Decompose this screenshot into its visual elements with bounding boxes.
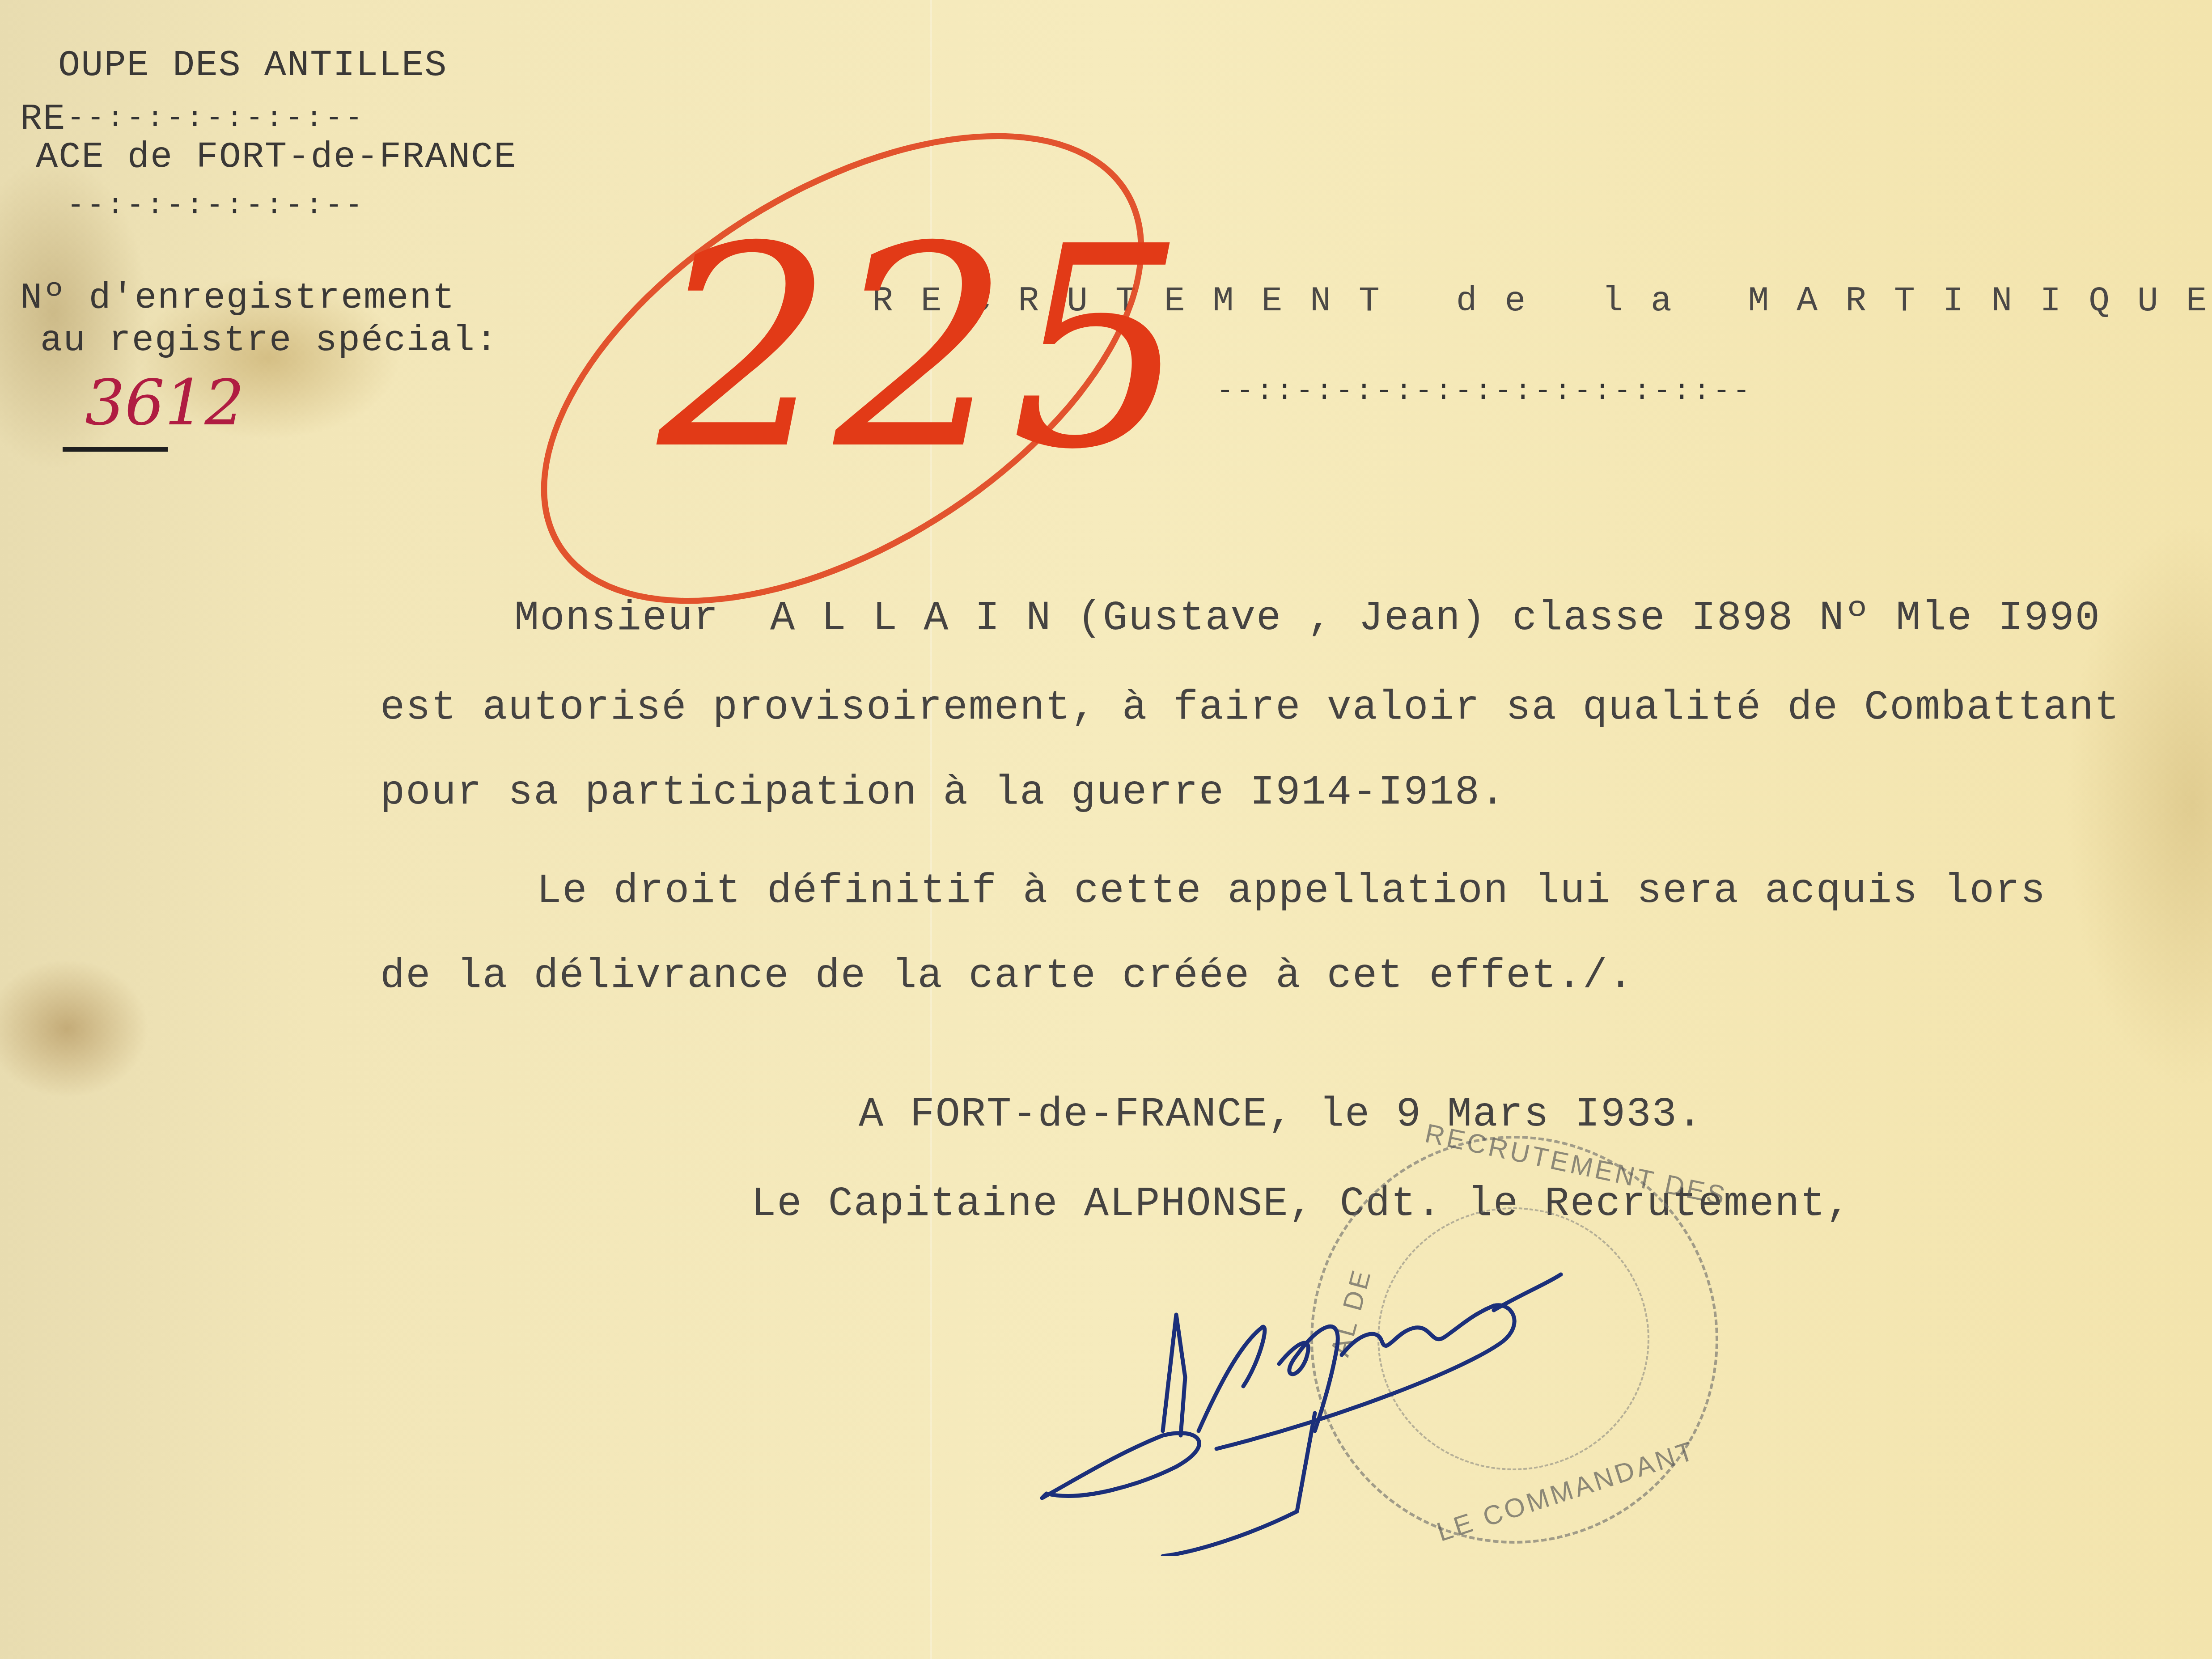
red-annotation-number: 225: [657, 188, 1187, 510]
body-line-1: Monsieur A L L A I N (Gustave , Jean) cl…: [514, 595, 2101, 642]
header-separator-2: --:-:-:-:-:-:--: [67, 190, 365, 222]
header-line-3: ACE de FORT-de-FRANCE: [36, 136, 517, 178]
header-line-2-prefix: RE: [20, 98, 66, 140]
registration-underline: [63, 447, 168, 452]
body-line-5: de la délivrance de la carte créée à cet…: [380, 952, 1634, 999]
title-separator: --::-:-:-:-:-:-:-:-:-:-::--: [1216, 376, 1753, 408]
registration-label-line-2: au registre spécial:: [40, 320, 498, 361]
header-separator-1: --:-:-:-:-:-:--: [67, 103, 365, 135]
registration-number: 3612: [85, 367, 244, 440]
signature-alphonse: [1029, 1243, 1744, 1556]
body-line-3: pour sa participation à la guerre I914-I…: [380, 769, 1506, 816]
document-page: OUPE DES ANTILLES RE --:-:-:-:-:-:-- ACE…: [0, 0, 2212, 1659]
registration-label-line-1: Nº d'enregistrement: [20, 277, 455, 319]
body-line-2: est autorisé provisoirement, à faire val…: [380, 684, 2120, 731]
header-line-1: OUPE DES ANTILLES: [58, 45, 448, 86]
body-line-4: Le droit définitif à cette appellation l…: [537, 868, 2046, 914]
place-and-date: A FORT-de-FRANCE, le 9 Mars I933.: [859, 1091, 1703, 1138]
